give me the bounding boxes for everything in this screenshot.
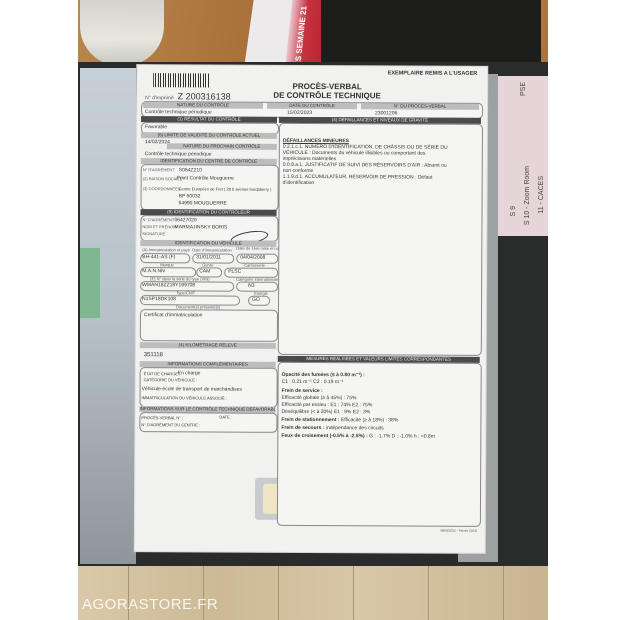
form-number: N° d'impriméZ 200316138 (145, 91, 231, 101)
report-title: PROCÈS-VERBALDE CONTRÔLE TECHNIQUE (257, 82, 397, 101)
copy-label: EXEMPLAIRE REMIS A L'USAGER (388, 70, 478, 76)
report-number: 23001206 (375, 110, 397, 116)
vehicle-make: M.A.N.NN (142, 268, 165, 274)
centre-approval: S064Z210 (179, 167, 202, 173)
mileage: 351118 (144, 352, 163, 358)
binder-left-pocket (80, 68, 136, 564)
measures-panel (277, 362, 482, 527)
controller-approval: 06427020 (174, 217, 196, 223)
result-value: Favorable (145, 124, 167, 130)
controller-name: MARMAJINSKY BORIS (174, 224, 227, 230)
control-date: 15/02/2023 (287, 110, 312, 116)
barcode (153, 73, 209, 87)
form-footer: MINOZ04 - Teinte 2018 (441, 529, 477, 533)
control-nature: Contrôle technique périodique (145, 109, 212, 115)
next-control: Contrôle technique périodique (145, 151, 212, 157)
centre-name: Point Contrôle Mouguerre (177, 175, 234, 181)
inspection-report: EXEMPLAIRE REMIS A L'USAGER N° d'imprimé… (135, 65, 488, 553)
registration: BH-441-AS (F) (142, 254, 175, 260)
vin: WMAN18ZZ18Y199708 (142, 282, 195, 288)
photo: LES SEMAINE 21 ACC PSE S 9 S 10 - Zoom R… (78, 0, 548, 620)
watermark: AGORASTORE.FR (82, 596, 218, 613)
